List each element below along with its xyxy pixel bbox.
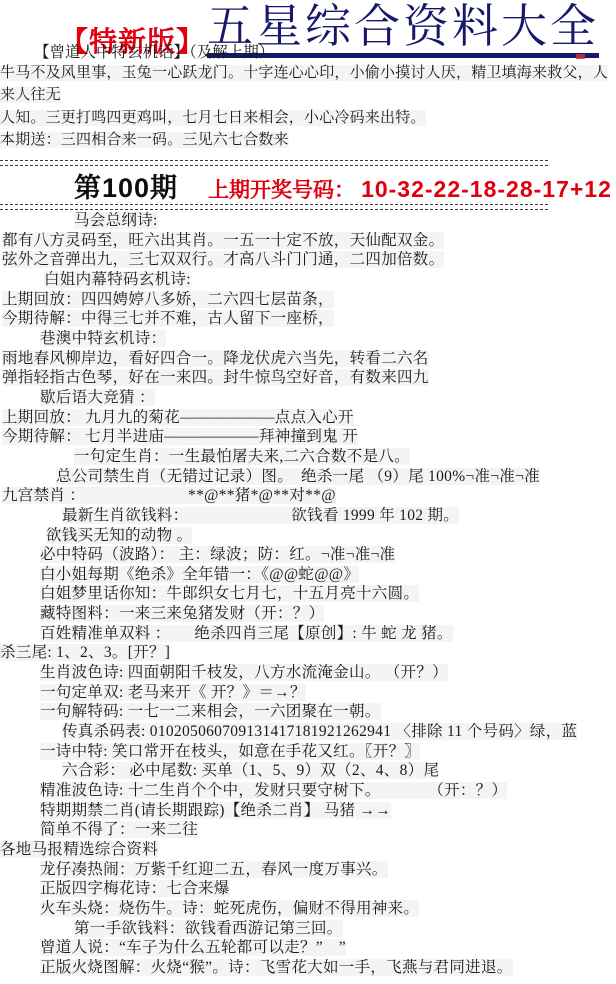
- line-text: 来人往无: [0, 87, 61, 103]
- text-line: 藏特图料：一来三来兔猪发财（开：？）: [0, 604, 616, 624]
- text-line: 曾道人说：“车子为什么五轮都可以走？” ”: [0, 938, 616, 958]
- text-line: 正版四字梅花诗：七合来爆: [0, 879, 616, 899]
- line-text: 今期待解：中得三七并不难，古人留下一座桥，: [2, 310, 334, 327]
- text-line: 一句定单双: 老马来开《 开？》＝→？: [0, 683, 616, 703]
- line-text: 弦外之音弹出九，三七双双行。才高八斗门门通，二四加倍数。: [2, 251, 444, 268]
- text-line: 一句解特码: 一七一二来相会，一六团聚在一朝。: [0, 702, 616, 722]
- line-text: 必中特码（波路）： 主：绿波；防：红。¬准¬准¬准: [40, 546, 395, 563]
- text-line: 都有八方灵码至，旺六出其肖。一五一十定不放，天仙配双金。: [0, 231, 616, 251]
- line-text: 六合彩： 必中尾数: 买单（1、5、9）双（2、4、8）尾: [62, 762, 439, 779]
- red-mark: [576, 54, 585, 59]
- line-text: 欲钱买无知的动物 。: [46, 527, 192, 544]
- text-line: 一句定生肖：一生最怕屠夫来,二六合数不是八。: [0, 447, 616, 467]
- text-line: 九宫禁肖 ： **@**猪*@**对**@: [0, 486, 616, 506]
- line-text: 都有八方灵码至，旺六出其肖。一五一十定不放，天仙配双金。: [2, 232, 444, 249]
- line-text: 火车头烧：烧伤牛。诗：蛇死虎伤，偏财不得用神来。: [40, 900, 419, 917]
- text-line: 歇后语大竞猜 ：: [0, 388, 616, 408]
- line-text: 藏特图料：一来三来兔猪发财（开：？）: [40, 605, 324, 622]
- issue-bar: 第100期 上期开奖号码： 10-32-22-18-28-17+12: [0, 166, 616, 204]
- line-text: 弹指轻指古色琴，好在一来四。封牛惊鸟空好音，有数来四九: [2, 369, 429, 386]
- line-text: 人知。三更打鸣四更鸡叫，七月七日来相会，小心冷码来出特。: [0, 110, 426, 126]
- text-line: 上期回放： 九月九的菊花——————点点入心开: [0, 408, 616, 428]
- intro-lines: 牛马不及风里事，玉兔一心跃龙门。十字连心心印，小偷小摸讨人厌，精卫填海来救父，人…: [0, 62, 616, 152]
- text-line: 必中特码（波路）： 主：绿波；防：红。¬准¬准¬准: [0, 545, 616, 565]
- text-line: 生肖波色诗: 四面朝阳千枝发，八方水流淹金山。 （开？）: [0, 663, 616, 683]
- text-line: 牛马不及风里事，玉兔一心跃龙门。十字连心心印，小偷小摸讨人厌，精卫填海来救父，人: [0, 62, 616, 84]
- text-line: 精准波色诗: 十二生肖个个中，发财只要守树下。 （开：？）: [0, 781, 616, 801]
- text-line: 白姐梦里话你知：牛郎织女七月七，十五月亮十六圆。: [0, 584, 616, 604]
- line-text: 歇后语大竞猜 ：: [40, 389, 155, 406]
- line-text: 曾道人说：“车子为什么五轮都可以走？” ”: [40, 939, 346, 956]
- text-line: 上期回放：四四娉婷八多娇，二六四七层苗条，: [0, 290, 616, 310]
- text-line: 雨地春风柳岸边，看好四合一。降龙伏虎六当先，转看二六名: [0, 349, 616, 369]
- line-text: 白姐内幕特码玄机诗:: [44, 271, 191, 288]
- line-text: 巷澳中特玄机诗：: [40, 330, 166, 347]
- text-line: 正版火烧图解：火烧“猴”。诗：飞雪花大如一手，飞燕与君同进退。: [0, 958, 616, 978]
- text-line: 特期期禁二肖(请长期跟踪)【绝杀二肖】 马猪 →→: [0, 801, 616, 821]
- line-text: 生肖波色诗: 四面朝阳千枝发，八方水流淹金山。 （开？）: [40, 664, 448, 681]
- line-text: 一句定单双: 老马来开《 开？》＝→？: [40, 684, 306, 701]
- text-line: 总公司禁生肖（无错过记录）图。 绝杀一尾 （9）尾 100%¬准¬准¬准: [0, 467, 616, 487]
- text-line: 六合彩： 必中尾数: 买单（1、5、9）双（2、4、8）尾: [0, 761, 616, 781]
- line-text: 最新生肖欲钱料： 欲钱看 1999 年 102 期。: [62, 507, 459, 524]
- text-line: 传真杀码表: 010205060709131417181921262941 〈排…: [0, 722, 616, 742]
- line-text: 九宫禁肖 ： **@**猪*@**对**@: [2, 487, 336, 504]
- line-text: 雨地春风柳岸边，看好四合一。降龙伏虎六当先，转看二六名: [2, 350, 429, 367]
- line-text: 白小姐每期《绝杀》全年错一：《@@蛇@@》: [40, 566, 359, 583]
- text-line: 今期待解：中得三七并不难，古人留下一座桥，: [0, 309, 616, 329]
- line-text: 牛马不及风里事，玉兔一心跃龙门。十字连心心印，小偷小摸讨人厌，精卫填海来救父，人: [0, 65, 608, 81]
- line-text: 各地马报精选综合资料: [0, 841, 158, 858]
- text-line: 最新生肖欲钱料： 欲钱看 1999 年 102 期。: [0, 506, 616, 526]
- draw-label: 上期开奖号码：: [208, 174, 355, 204]
- line-text: 第一手欲钱料：欲钱看西游记第三回。: [74, 920, 343, 937]
- line-text: 特期期禁二肖(请长期跟踪)【绝杀二肖】 马猪 →→: [40, 802, 391, 819]
- line-text: 一诗中特: 笑口常开在枝头，如意在手花又红。〖开？〗: [40, 743, 420, 760]
- line-text: 本期送：三四相合来一码。三见六七合数来: [0, 132, 289, 148]
- text-line: 巷澳中特玄机诗：: [0, 329, 616, 349]
- line-text: 精准波色诗: 十二生肖个个中，发财只要守树下。 （开：？）: [40, 782, 507, 799]
- text-line: 弹指轻指古色琴，好在一来四。封牛惊鸟空好音，有数来四九: [0, 368, 616, 388]
- line-text: 龙仔凑热闹：万紫千红迎二五，春风一度万事兴。: [40, 861, 388, 878]
- text-line: 第一手欲钱料：欲钱看西游记第三回。: [0, 919, 616, 939]
- text-line: 一诗中特: 笑口常开在枝头，如意在手花又红。〖开？〗: [0, 742, 616, 762]
- divider-bottom: [0, 204, 548, 210]
- line-text: 杀三尾: 1、2、3。[开？]: [0, 644, 170, 661]
- page: 【特新版】 五星综合资料大全 【曾道人中特玄机话】（及解上期） 牛马不及风里事，…: [0, 0, 616, 984]
- text-line: 今期待解： 七月半进庙——————拜神撞到鬼 开: [0, 427, 616, 447]
- text-line: 白姐内幕特码玄机诗:: [0, 270, 616, 290]
- line-text: 白姐梦里话你知：牛郎织女七月七，十五月亮十六圆。: [40, 585, 419, 602]
- issue-number: 第100期: [74, 166, 178, 205]
- body-lines: 马会总纲诗:都有八方灵码至，旺六出其肖。一五一十定不放，天仙配双金。弦外之音弹出…: [0, 211, 616, 978]
- text-line: 来人往无: [0, 84, 616, 106]
- text-line: 火车头烧：烧伤牛。诗：蛇死虎伤，偏财不得用神来。: [0, 899, 616, 919]
- line-text: 正版火烧图解：火烧“猴”。诗：飞雪花大如一手，飞燕与君同进退。: [40, 959, 513, 976]
- text-line: 各地马报精选综合资料: [0, 840, 616, 860]
- line-text: 上期回放：四四娉婷八多娇，二六四七层苗条，: [2, 291, 334, 308]
- line-text: 马会总纲诗:: [74, 212, 158, 229]
- line-text: 一句解特码: 一七一二来相会，一六团聚在一朝。: [40, 703, 381, 720]
- text-line: 本期送：三四相合来一码。三见六七合数来: [0, 129, 616, 151]
- intro-heading: 【曾道人中特玄机话】（及解上期）: [34, 44, 274, 62]
- text-line: 欲钱买无知的动物 。: [0, 526, 616, 546]
- text-line: 简单不得了：一来二往: [0, 820, 616, 840]
- text-line: 弦外之音弹出九，三七双双行。才高八斗门门通，二四加倍数。: [0, 250, 616, 270]
- line-text: 总公司禁生肖（无错过记录）图。 绝杀一尾 （9）尾 100%¬准¬准¬准: [56, 468, 540, 485]
- text-line: 龙仔凑热闹：万紫千红迎二五，春风一度万事兴。: [0, 860, 616, 880]
- text-line: 百姓精准单双料 ： 绝杀四肖三尾【原创】: 牛 蛇 龙 猪。: [0, 624, 616, 644]
- draw-numbers: 10-32-22-18-28-17+12: [361, 176, 612, 203]
- text-line: 马会总纲诗:: [0, 211, 616, 231]
- line-text: 正版四字梅花诗：七合来爆: [40, 880, 230, 897]
- text-line: 杀三尾: 1、2、3。[开？]: [0, 643, 616, 663]
- text-line: 人知。三更打鸣四更鸡叫，七月七日来相会，小心冷码来出特。: [0, 107, 616, 129]
- line-text: 简单不得了：一来二往: [40, 821, 198, 838]
- line-text: 上期回放： 九月九的菊花——————点点入心开: [2, 409, 354, 426]
- line-text: 一句定生肖：一生最怕屠夫来,二六合数不是八。: [74, 448, 410, 465]
- text-line: 白小姐每期《绝杀》全年错一：《@@蛇@@》: [0, 565, 616, 585]
- line-text: 今期待解： 七月半进庙——————拜神撞到鬼 开: [2, 428, 358, 445]
- line-text: 百姓精准单双料 ： 绝杀四肖三尾【原创】: 牛 蛇 龙 猪。: [40, 625, 453, 642]
- line-text: 传真杀码表: 010205060709131417181921262941 〈排…: [62, 723, 577, 740]
